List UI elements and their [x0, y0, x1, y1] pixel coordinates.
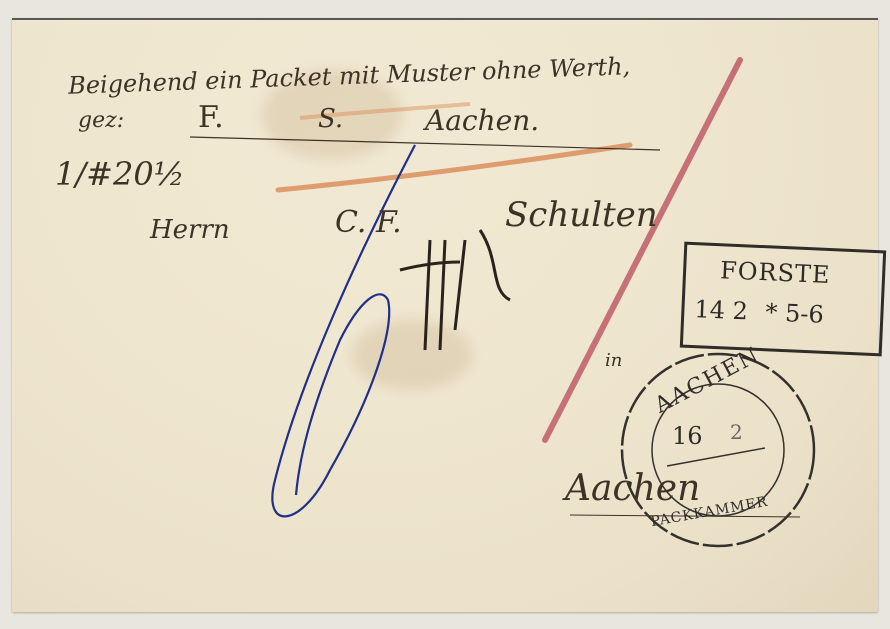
handwriting-mark: F.: [198, 100, 224, 135]
box-postmark-town: FORSTE: [720, 256, 831, 289]
handwriting-mark2: S.: [318, 104, 343, 134]
handwriting-prefix: gez:: [78, 108, 124, 133]
forste-box-postmark: FORSTE 14 2 * 5-6: [680, 242, 886, 357]
cds-month: 2: [730, 420, 743, 444]
aachen-circular-postmark: AACHEN 16 2 PACKKAMMER: [620, 354, 818, 544]
rate-note: 1/#20½: [55, 155, 185, 193]
addressee-name: Schulten: [505, 195, 658, 235]
box-postmark-date: 14 2 * 5-6: [694, 295, 824, 329]
cds-bottom: PACKKAMMER: [650, 494, 770, 530]
cds-town: AACHEN: [651, 342, 764, 418]
handwriting-city: Aachen.: [425, 104, 539, 137]
cds-day: 16: [672, 422, 703, 450]
addressee-initials: C. F.: [335, 205, 402, 240]
salutation: Herrn: [150, 215, 230, 245]
